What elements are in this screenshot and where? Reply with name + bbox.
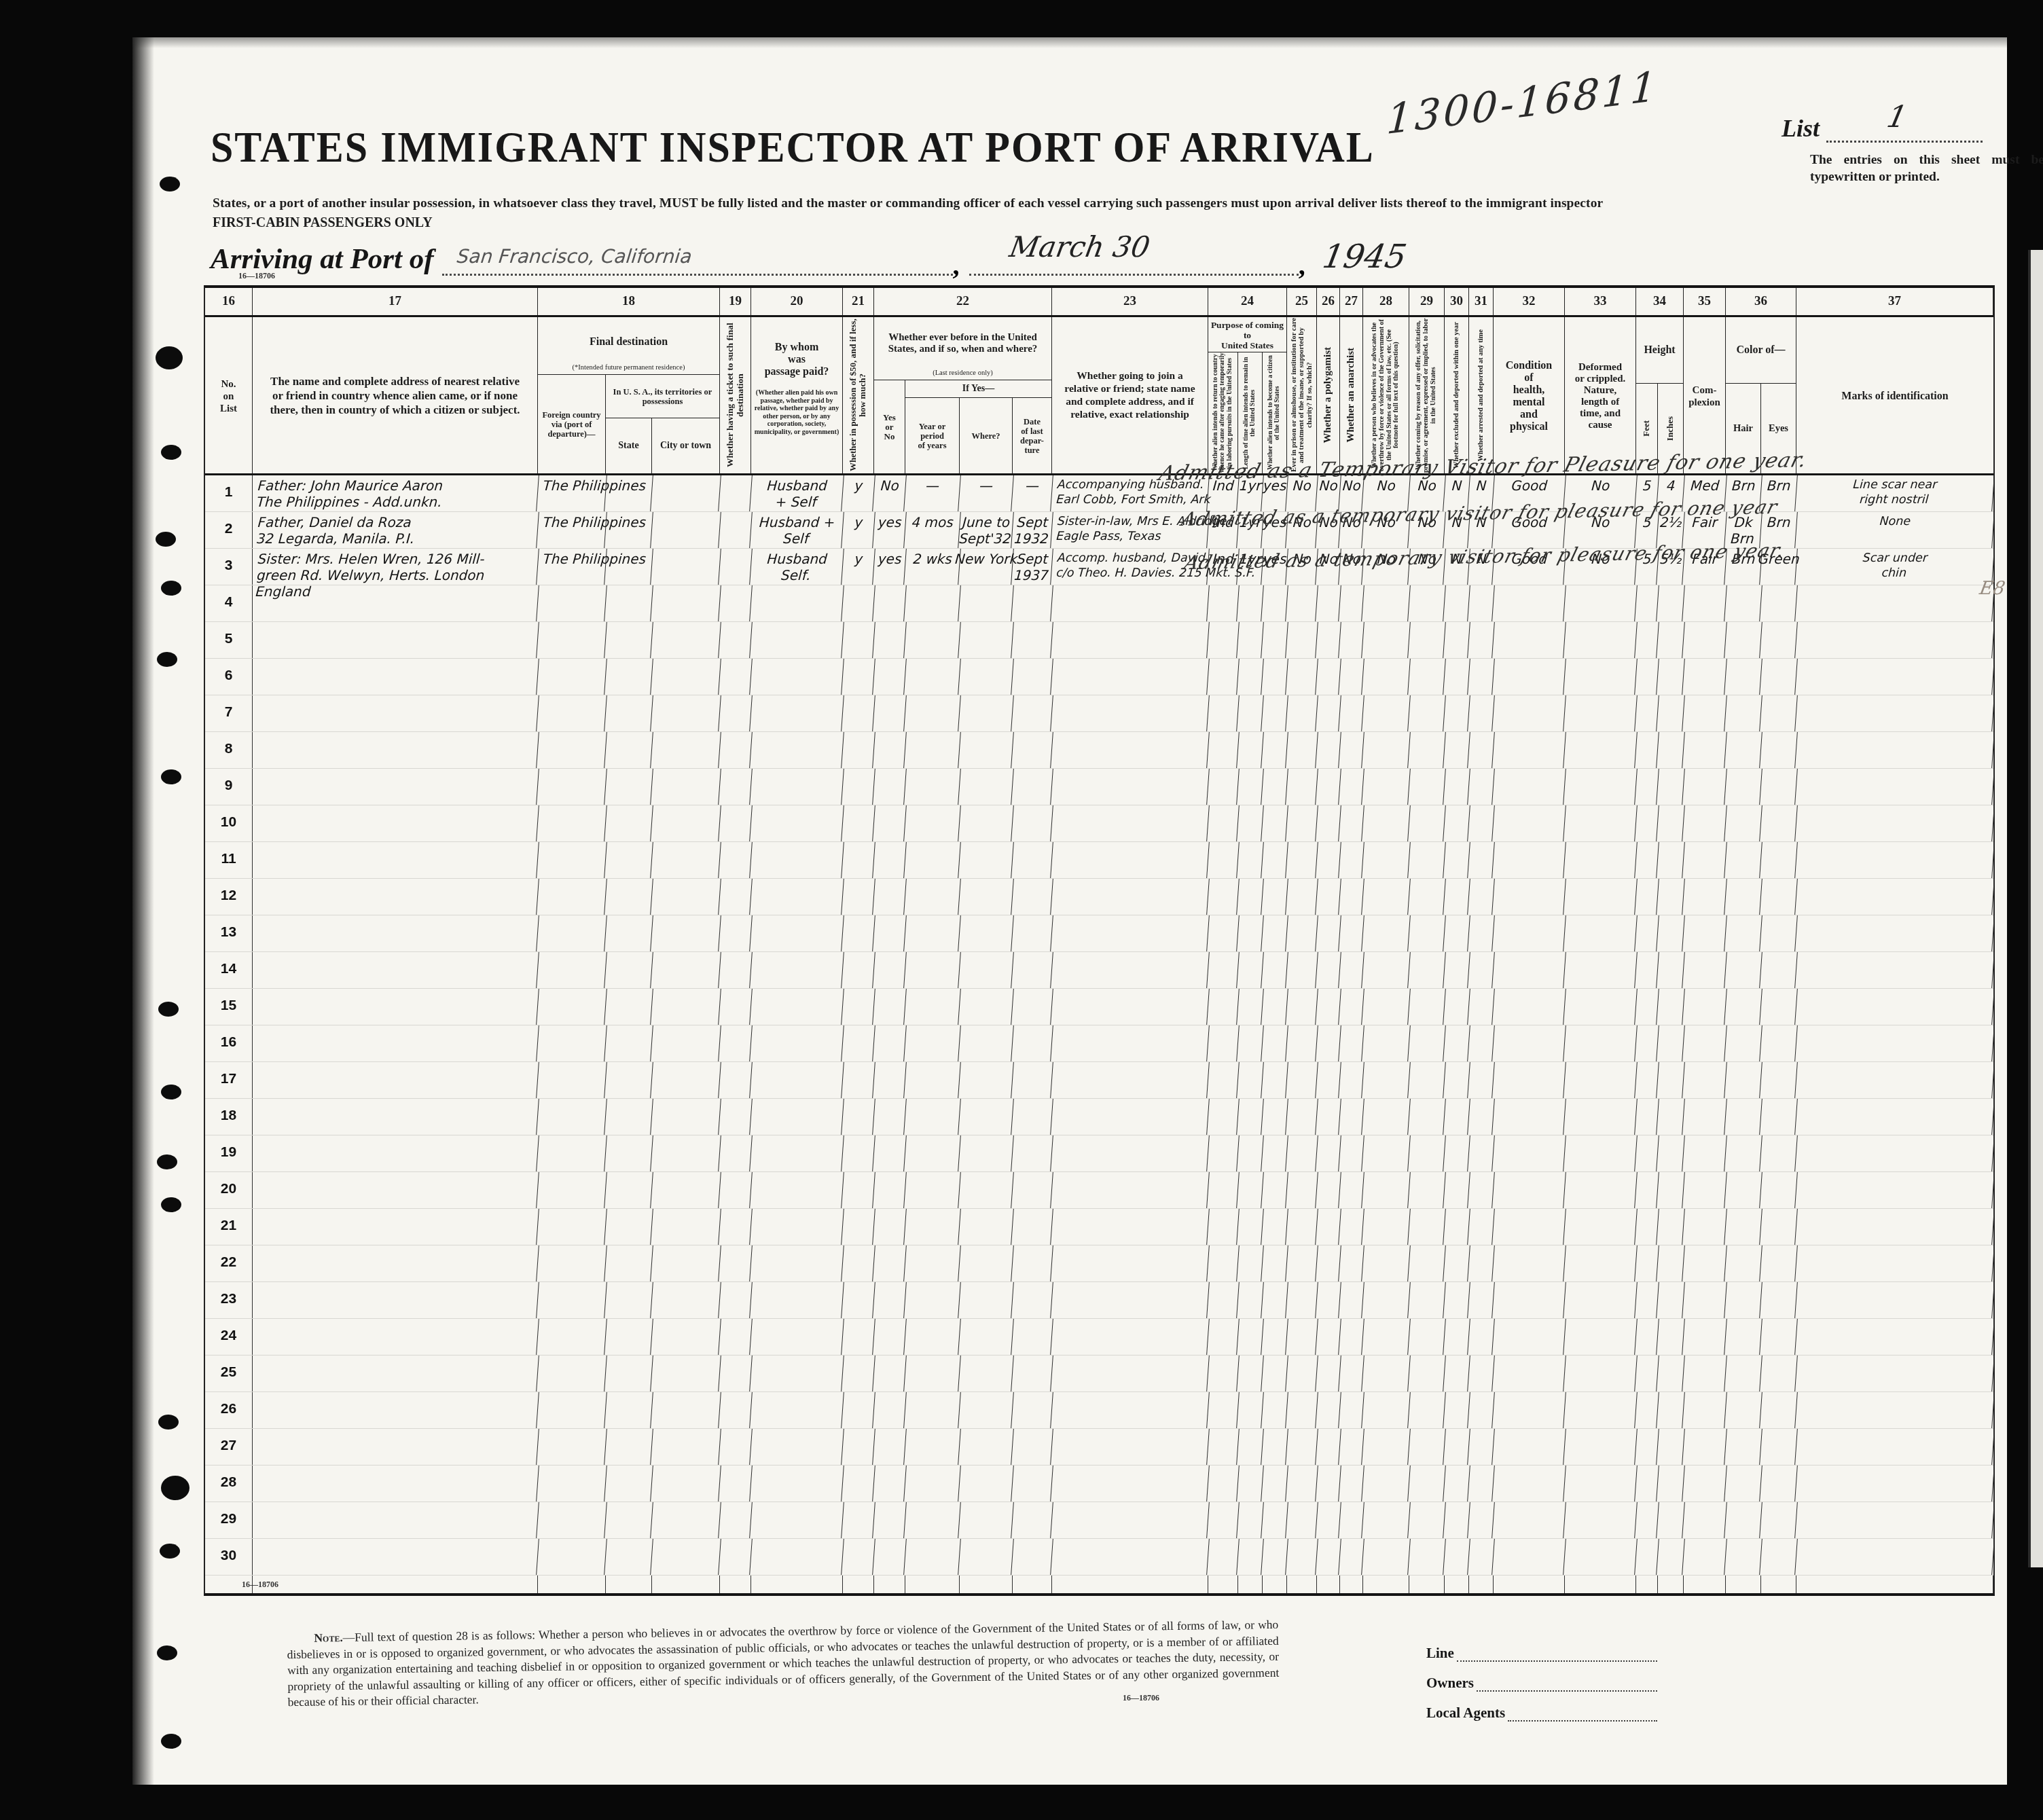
header-text: Whether having a ticket to such final de… (725, 317, 745, 473)
cell-excluded (1443, 1172, 1470, 1208)
cell-purpose3 (1261, 805, 1288, 841)
cell-hair (1724, 1392, 1762, 1428)
cell-health (1492, 1135, 1566, 1171)
page-right-edge (2028, 250, 2043, 1567)
cell-before_where: New York (958, 549, 1014, 585)
cell-before_yesno (873, 805, 907, 841)
cell-dest_foreign (537, 585, 607, 621)
cell-before_year (904, 1135, 961, 1171)
cell-before_year (904, 1209, 961, 1245)
cell-ticket (719, 585, 753, 621)
cell-purpose1 (1207, 1502, 1240, 1538)
cell-marks (1795, 1099, 1995, 1135)
cell-before_where: — (958, 475, 1014, 511)
cell-before_where (958, 1319, 1014, 1355)
cell-complexion (1682, 1209, 1727, 1245)
cell-joining (1051, 1539, 1210, 1575)
cell-overthrow (1362, 1282, 1411, 1318)
cell-eyes (1760, 1025, 1798, 1061)
cell-polygamist (1316, 842, 1341, 878)
cell-prison (1286, 1062, 1318, 1098)
cell-purpose2 (1237, 1466, 1264, 1501)
cell-arrested (1468, 622, 1495, 658)
cell-joining (1051, 1466, 1210, 1501)
cell-dest_foreign (537, 659, 607, 695)
cell-ticket (719, 1099, 753, 1135)
cell-purpose2 (1237, 1025, 1264, 1061)
cell-eyes (1760, 1135, 1798, 1171)
punch-hole (161, 1197, 181, 1212)
cell-labor_offer (1408, 842, 1446, 878)
filler-cell (1409, 1576, 1445, 1593)
cell-before_where (958, 805, 1014, 841)
cell-purpose1 (1207, 769, 1240, 805)
handwritten-date: March 30 (1007, 230, 1152, 263)
cell-before_year (904, 585, 961, 621)
cell-marks (1795, 1135, 1995, 1171)
cell-ticket (719, 805, 753, 841)
cell-labor_offer (1408, 1429, 1446, 1465)
cell-purpose1 (1207, 1282, 1240, 1318)
cell-anarchist (1339, 585, 1364, 621)
cell-feet (1635, 732, 1659, 768)
cell-feet (1635, 769, 1659, 805)
cell-dest_foreign (537, 805, 607, 841)
cell-purpose3 (1261, 1209, 1288, 1245)
col-number: 35 (1684, 288, 1726, 315)
cell-joining (1051, 695, 1210, 731)
cell-ticket (719, 1355, 753, 1391)
punch-hole (158, 1002, 179, 1017)
cell-inches (1657, 989, 1685, 1025)
cell-eyes (1760, 842, 1798, 878)
cell-complexion (1682, 695, 1727, 731)
cell-feet (1635, 1025, 1659, 1061)
cell-dest_city (651, 769, 721, 805)
cell-anarchist (1339, 1209, 1364, 1245)
header-text: Whether ever before in the United States… (888, 332, 1038, 354)
cell-purpose3 (1261, 1062, 1288, 1098)
cell-no: 20 (205, 1172, 253, 1208)
cell-dest_foreign (537, 1172, 607, 1208)
table-row: 12 (205, 879, 1993, 915)
cell-name_address (251, 1282, 539, 1318)
filler-cell (1494, 1576, 1565, 1593)
cell-health (1492, 585, 1566, 621)
cell-before_yesno (873, 1135, 907, 1171)
filler-cell (1340, 1576, 1363, 1593)
cell-passage (750, 879, 844, 915)
cell-deformed (1563, 1502, 1638, 1538)
cell-joining (1051, 1062, 1210, 1098)
cell-polygamist (1316, 1099, 1341, 1135)
cell-arrested (1468, 732, 1495, 768)
cell-marks (1795, 1502, 1995, 1538)
column-number-band: 16 17 18 19 20 21 22 23 24 25 26 27 28 2… (205, 288, 1993, 317)
cell-purpose2 (1237, 1539, 1264, 1575)
cell-ticket (719, 1502, 753, 1538)
cell-passage (750, 952, 844, 988)
cell-dest_foreign (537, 1209, 607, 1245)
cell-before_year (904, 1319, 961, 1355)
cell-dest_city (651, 1539, 721, 1575)
cell-prison (1286, 952, 1318, 988)
filler-cell (1796, 1576, 1993, 1593)
cell-before_yesno (873, 1502, 907, 1538)
cell-prison (1286, 769, 1318, 805)
cell-overthrow (1362, 842, 1411, 878)
header-text: The name and complete address of nearest… (253, 374, 537, 417)
cell-feet (1635, 1319, 1659, 1355)
cell-prison (1286, 1392, 1318, 1428)
cell-ticket (719, 1135, 753, 1171)
header-health: Condition of health, mental and physical (1494, 317, 1565, 473)
cell-fifty (842, 1319, 875, 1355)
cell-before_where (958, 1209, 1014, 1245)
cell-fifty (842, 805, 875, 841)
cell-joining (1051, 842, 1210, 878)
cell-deformed (1563, 1355, 1638, 1391)
cell-complexion (1682, 842, 1727, 878)
cell-dest_foreign (537, 1502, 607, 1538)
cell-arrested (1468, 1392, 1495, 1428)
cell-arrested (1468, 952, 1495, 988)
cell-arrested (1468, 1319, 1495, 1355)
cell-ticket (719, 1025, 753, 1061)
cell-ticket (719, 732, 753, 768)
cell-excluded (1443, 1466, 1470, 1501)
cell-before_date: Sept 1937 (1011, 549, 1053, 585)
cell-deformed (1563, 769, 1638, 805)
cell-deformed (1563, 989, 1638, 1025)
cell-no: 6 (205, 659, 253, 695)
cell-arrested (1468, 1062, 1495, 1098)
cell-before_date (1011, 1319, 1053, 1355)
cell-before_year (904, 989, 961, 1025)
cell-before_yesno (873, 1539, 907, 1575)
cell-passage: Husband + Self (750, 475, 844, 511)
cell-arrested (1468, 1025, 1495, 1061)
cell-arrested (1468, 1099, 1495, 1135)
cell-name_address: Sister: Mrs. Helen Wren, 126 Mill- green… (251, 549, 539, 585)
cell-no: 7 (205, 695, 253, 731)
table-row: 30 (205, 1539, 1993, 1576)
cell-joining (1051, 622, 1210, 658)
cell-feet (1635, 1392, 1659, 1428)
header-text: No. on List (205, 374, 252, 416)
header-text: Whether excluded and deported within one… (1453, 322, 1460, 469)
col-number: 18 (538, 288, 720, 315)
cell-passage (750, 659, 844, 695)
cell-fifty: y (842, 512, 875, 548)
table-row: 10 (205, 805, 1993, 842)
table-row: 19 (205, 1135, 1993, 1172)
cell-before_year (904, 952, 961, 988)
cell-purpose2 (1237, 1245, 1264, 1281)
cell-dest_state (604, 512, 653, 548)
cell-joining (1051, 1135, 1210, 1171)
filler-cell (1761, 1576, 1796, 1593)
cell-feet (1635, 695, 1659, 731)
cell-anarchist (1339, 1282, 1364, 1318)
cell-purpose1 (1207, 622, 1240, 658)
cell-inches (1657, 1062, 1685, 1098)
cell-marks (1795, 1466, 1995, 1501)
cell-before_date (1011, 1209, 1053, 1245)
cell-prison (1286, 1502, 1318, 1538)
cell-feet (1635, 915, 1659, 951)
header-text: Color of— (1726, 317, 1796, 384)
cell-marks (1795, 1319, 1995, 1355)
cell-before_yesno (873, 1172, 907, 1208)
cell-labor_offer (1408, 1539, 1446, 1575)
punch-hole (161, 1734, 181, 1749)
cell-no: 3 (205, 549, 253, 585)
cell-joining (1051, 1429, 1210, 1465)
cell-joining (1051, 1209, 1210, 1245)
cell-before_date (1011, 1062, 1053, 1098)
cell-before_year (904, 1355, 961, 1391)
cell-ticket (719, 952, 753, 988)
cell-purpose2 (1237, 1282, 1264, 1318)
cell-purpose1 (1207, 1062, 1240, 1098)
cell-dest_foreign (537, 879, 607, 915)
cell-purpose1 (1207, 695, 1240, 731)
cell-before_yesno: yes (873, 549, 907, 585)
cell-ticket (719, 915, 753, 951)
cell-arrested (1468, 1466, 1495, 1501)
cell-dest_foreign (537, 1319, 607, 1355)
cell-dest_foreign (537, 952, 607, 988)
cell-health (1492, 1319, 1566, 1355)
cell-before_year (904, 695, 961, 731)
cell-ticket (719, 1319, 753, 1355)
header-purpose: Purpose of coming to United States Wheth… (1208, 317, 1287, 473)
cell-arrested (1468, 1502, 1495, 1538)
cell-complexion (1682, 1429, 1727, 1465)
cell-before_year (904, 769, 961, 805)
cell-before_yesno (873, 1429, 907, 1465)
cell-no: 2 (205, 512, 253, 548)
cell-deformed (1563, 915, 1638, 951)
cell-dest_city (651, 1099, 721, 1135)
table-row: 22 (205, 1245, 1993, 1282)
cell-labor_offer (1408, 1319, 1446, 1355)
cell-anarchist (1339, 915, 1364, 951)
cell-labor_offer (1408, 1172, 1446, 1208)
filler-cell (1208, 1576, 1238, 1593)
cell-prison (1286, 659, 1318, 695)
cell-joining (1051, 1172, 1210, 1208)
cell-eyes (1760, 1355, 1798, 1391)
cell-inches (1657, 805, 1685, 841)
cell-no: 25 (205, 1355, 253, 1391)
cell-before_where (958, 1466, 1014, 1501)
cell-health (1492, 769, 1566, 805)
cell-passage (750, 1539, 844, 1575)
cell-health (1492, 695, 1566, 731)
cell-before_date (1011, 1282, 1053, 1318)
cell-name_address (251, 842, 539, 878)
col-number: 34 (1636, 288, 1684, 315)
cell-passage (750, 842, 844, 878)
cell-purpose3 (1261, 1429, 1288, 1465)
cell-purpose3 (1261, 879, 1288, 915)
cell-ticket (719, 1282, 753, 1318)
cell-dest_state (604, 769, 653, 805)
cell-before_where (958, 732, 1014, 768)
header-marks: Marks of identification (1796, 317, 1993, 473)
cell-joining (1051, 805, 1210, 841)
cell-dest_city (651, 915, 721, 951)
cell-anarchist (1339, 1025, 1364, 1061)
cell-before_year (904, 1466, 961, 1501)
cell-before_where (958, 989, 1014, 1025)
cell-deformed (1563, 1025, 1638, 1061)
cell-purpose1 (1207, 659, 1240, 695)
filler-cell (1013, 1576, 1052, 1593)
cell-arrested (1468, 585, 1495, 621)
cell-polygamist (1316, 695, 1341, 731)
cell-marks (1795, 769, 1995, 805)
cell-marks (1795, 585, 1995, 621)
cell-inches (1657, 1245, 1685, 1281)
cell-name_address (251, 1539, 539, 1575)
cell-labor_offer (1408, 769, 1446, 805)
owners-label: Owners (1426, 1675, 1474, 1692)
cell-passage (750, 695, 844, 731)
cell-dest_state (604, 1025, 653, 1061)
header-anarchist: Whether an anarchist (1340, 317, 1363, 473)
col-number: 17 (253, 288, 538, 315)
cell-purpose1 (1207, 879, 1240, 915)
scanned-document: STATES IMMIGRANT INSPECTOR AT PORT OF AR… (0, 0, 2043, 1820)
col-number: 30 (1445, 288, 1469, 315)
filler-cell (1636, 1576, 1658, 1593)
cell-passage (750, 915, 844, 951)
cell-eyes (1760, 769, 1798, 805)
cell-dest_foreign: The Philippines (537, 475, 607, 511)
cell-passage (750, 732, 844, 768)
cell-dest_city (651, 1245, 721, 1281)
cell-purpose2 (1237, 1209, 1264, 1245)
cell-overthrow (1362, 1355, 1411, 1391)
cell-before_yesno (873, 1319, 907, 1355)
list-number-block: List 1 (1782, 111, 1983, 143)
cell-purpose2 (1237, 1099, 1264, 1135)
cell-before_year (904, 1062, 961, 1098)
cell-before_date (1011, 805, 1053, 841)
cell-name_address (251, 952, 539, 988)
header-text: Deformed or crippled. Nature, length of … (1565, 358, 1635, 433)
cell-overthrow (1362, 989, 1411, 1025)
cell-marks (1795, 952, 1995, 988)
cell-fifty (842, 659, 875, 695)
cell-anarchist (1339, 1355, 1364, 1391)
cell-hair (1724, 1209, 1762, 1245)
cell-anarchist (1339, 989, 1364, 1025)
cell-arrested (1468, 1245, 1495, 1281)
cell-anarchist (1339, 805, 1364, 841)
cell-feet (1635, 805, 1659, 841)
cell-deformed (1563, 659, 1638, 695)
list-number-line: 1 (1826, 111, 1983, 143)
local-agents-label: Local Agents (1426, 1705, 1505, 1722)
cell-before_where (958, 585, 1014, 621)
cell-dest_foreign (537, 1282, 607, 1318)
cell-purpose2 (1237, 989, 1264, 1025)
cell-before_where (958, 1282, 1014, 1318)
cell-labor_offer (1408, 1392, 1446, 1428)
cell-joining (1051, 1392, 1210, 1428)
cell-complexion (1682, 1355, 1727, 1391)
cell-deformed (1563, 585, 1638, 621)
filler-cell (1263, 1576, 1287, 1593)
cell-labor_offer (1408, 989, 1446, 1025)
cell-before_where (958, 1392, 1014, 1428)
cell-before_yesno (873, 659, 907, 695)
cell-polygamist (1316, 952, 1341, 988)
cell-complexion (1682, 1466, 1727, 1501)
header-text: Condition of health, mental and physical (1494, 356, 1564, 435)
cell-purpose2 (1237, 1355, 1264, 1391)
header-purpose-length: Length of time alien intends to remain i… (1238, 352, 1263, 473)
cell-marks (1795, 1245, 1995, 1281)
cell-ticket (719, 1392, 753, 1428)
cell-before_date: Sept 1932 (1011, 512, 1053, 548)
cell-health (1492, 659, 1566, 695)
cell-feet (1635, 659, 1659, 695)
cell-before_where (958, 769, 1014, 805)
cell-deformed (1563, 842, 1638, 878)
cell-before_year (904, 1539, 961, 1575)
cell-arrested (1468, 879, 1495, 915)
filler-cell (874, 1576, 905, 1593)
cell-polygamist (1316, 769, 1341, 805)
cell-purpose3 (1261, 585, 1288, 621)
col-number: 16 (205, 288, 253, 315)
cell-complexion (1682, 989, 1727, 1025)
header-city: City or town (652, 418, 719, 473)
cell-dest_city (651, 1172, 721, 1208)
cell-labor_offer (1408, 1209, 1446, 1245)
cell-overthrow (1362, 879, 1411, 915)
cell-name_address (251, 695, 539, 731)
header-text: Purpose of coming to United States (1208, 317, 1286, 352)
cell-purpose2 (1237, 732, 1264, 768)
cell-passage (750, 1025, 844, 1061)
cell-dest_foreign (537, 1025, 607, 1061)
filler-cell (843, 1576, 874, 1593)
cell-purpose2 (1237, 1319, 1264, 1355)
port-blank-line: San Francisco, California (442, 242, 953, 276)
comma: , (953, 255, 960, 276)
cell-ticket (719, 695, 753, 731)
cell-polygamist (1316, 622, 1341, 658)
cell-health (1492, 1539, 1566, 1575)
cell-excluded (1443, 1209, 1470, 1245)
cell-joining (1051, 915, 1210, 951)
cell-polygamist (1316, 1062, 1341, 1098)
cell-fifty (842, 1135, 875, 1171)
cell-health (1492, 952, 1566, 988)
cell-excluded (1443, 1062, 1470, 1098)
cell-name_address (251, 1025, 539, 1061)
cell-no: 15 (205, 989, 253, 1025)
cell-name_address (251, 1355, 539, 1391)
cell-fifty (842, 989, 875, 1025)
cell-eyes (1760, 622, 1798, 658)
